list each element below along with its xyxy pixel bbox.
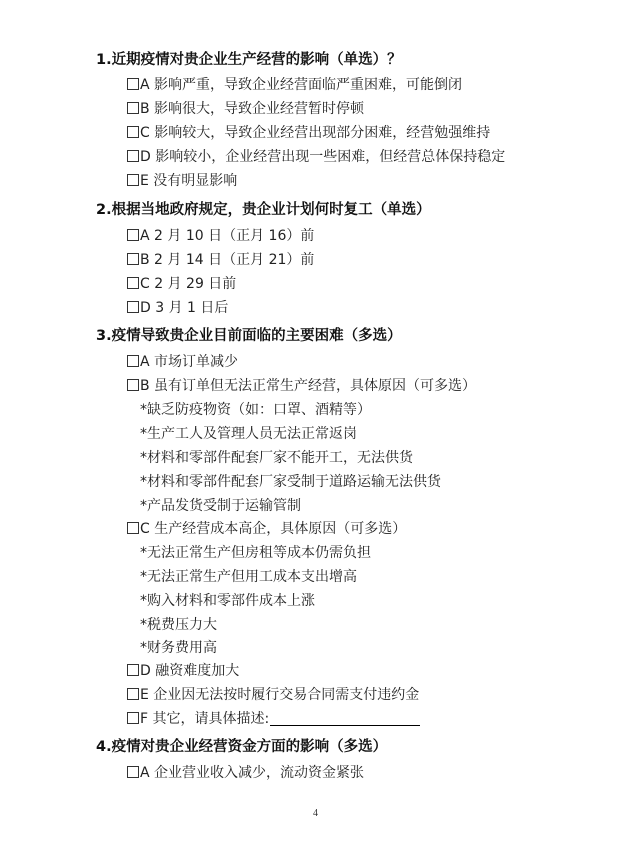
q3-c-reason-1: *无法正常生产但房租等成本仍需负担 — [140, 543, 371, 563]
question-2-title: 2.根据当地政府规定，贵企业计划何时复工（单选） — [96, 200, 431, 220]
q3-c-reason-4: *税费压力大 — [140, 615, 217, 635]
checkbox-icon[interactable] — [127, 253, 139, 265]
q1-option-b[interactable]: B 影响很大，导致企业经营暂时停顿 — [127, 99, 364, 119]
q3-option-c[interactable]: C 生产经营成本高企，具体原因（可多选） — [127, 519, 406, 539]
q3-option-e[interactable]: E 企业因无法按时履行交易合同需支付违约金 — [127, 685, 419, 705]
checkbox-icon[interactable] — [127, 766, 139, 778]
q3-c-reason-2: *无法正常生产但用工成本支出增高 — [140, 567, 357, 587]
question-4-title: 4.疫情对贵企业经营资金方面的影响（多选） — [96, 737, 387, 757]
q2-option-a[interactable]: A 2 月 10 日（正月 16）前 — [127, 226, 314, 246]
checkbox-icon[interactable] — [127, 712, 139, 724]
q1-option-a[interactable]: A 影响严重，导致企业经营面临严重困难，可能倒闭 — [127, 75, 462, 95]
q3-option-d[interactable]: D 融资难度加大 — [127, 661, 239, 681]
q1-option-e[interactable]: E 没有明显影响 — [127, 171, 237, 191]
checkbox-icon[interactable] — [127, 174, 139, 186]
question-1-title: 1.近期疫情对贵企业生产经营的影响（单选）？ — [96, 50, 402, 70]
checkbox-icon[interactable] — [127, 150, 139, 162]
checkbox-icon[interactable] — [127, 301, 139, 313]
document-page: 1.近期疫情对贵企业生产经营的影响（单选）？ A 影响严重，导致企业经营面临严重… — [0, 0, 635, 865]
checkbox-icon[interactable] — [127, 102, 139, 114]
checkbox-icon[interactable] — [127, 277, 139, 289]
q1-option-d[interactable]: D 影响较小，企业经营出现一些困难，但经营总体保持稳定 — [127, 147, 505, 167]
q3-option-b[interactable]: B 虽有订单但无法正常生产经营，具体原因（可多选） — [127, 376, 476, 396]
q3-b-reason-1: *缺乏防疫物资（如：口罩、酒精等） — [140, 400, 371, 420]
q3-b-reason-5: *产品发货受制于运输管制 — [140, 496, 301, 516]
q3-option-a[interactable]: A 市场订单减少 — [127, 352, 238, 372]
q2-option-c[interactable]: C 2 月 29 日前 — [127, 274, 236, 294]
q2-option-d[interactable]: D 3 月 1 日后 — [127, 298, 228, 318]
checkbox-icon[interactable] — [127, 379, 139, 391]
checkbox-icon[interactable] — [127, 688, 139, 700]
checkbox-icon[interactable] — [127, 355, 139, 367]
q3-c-reason-5: *财务费用高 — [140, 638, 217, 658]
q3-b-reason-2: *生产工人及管理人员无法正常返岗 — [140, 424, 357, 444]
checkbox-icon[interactable] — [127, 229, 139, 241]
q1-option-c[interactable]: C 影响较大，导致企业经营出现部分困难，经营勉强维持 — [127, 123, 490, 143]
q2-option-b[interactable]: B 2 月 14 日（正月 21）前 — [127, 250, 314, 270]
description-blank-line[interactable] — [270, 711, 420, 726]
q3-option-f[interactable]: F 其它，请具体描述: — [127, 709, 420, 729]
question-3-title: 3.疫情导致贵企业目前面临的主要困难（多选） — [96, 326, 402, 346]
q3-b-reason-3: *材料和零部件配套厂家不能开工，无法供货 — [140, 448, 413, 468]
q4-option-a[interactable]: A 企业营业收入减少，流动资金紧张 — [127, 763, 364, 783]
checkbox-icon[interactable] — [127, 522, 139, 534]
checkbox-icon[interactable] — [127, 664, 139, 676]
q3-b-reason-4: *材料和零部件配套厂家受制于道路运输无法供货 — [140, 472, 441, 492]
checkbox-icon[interactable] — [127, 78, 139, 90]
checkbox-icon[interactable] — [127, 126, 139, 138]
page-number: 4 — [313, 808, 318, 819]
q3-c-reason-3: *购入材料和零部件成本上涨 — [140, 591, 315, 611]
